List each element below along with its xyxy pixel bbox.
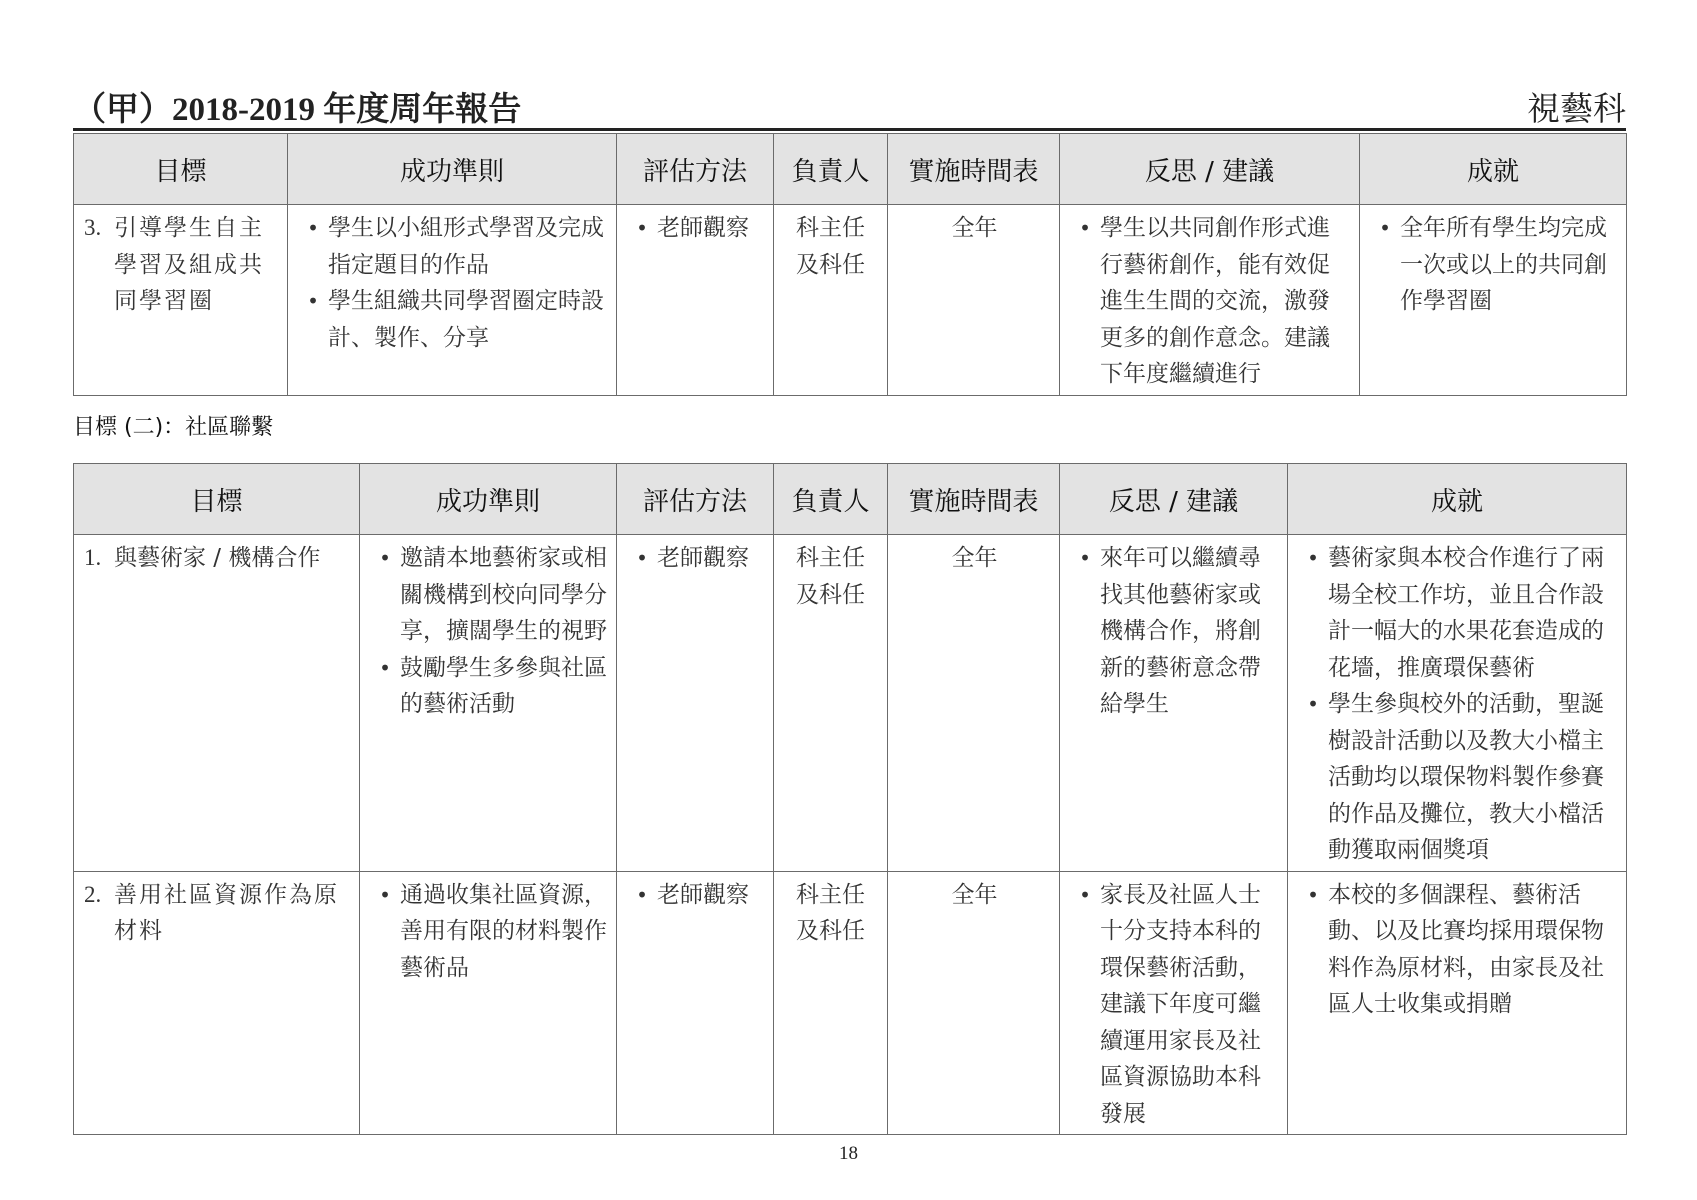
list-item: •老師觀察	[627, 210, 765, 247]
list-item: •全年所有學生均完成一次或以上的共同創作學習圈	[1370, 210, 1618, 320]
bullet-icon: •	[370, 877, 400, 987]
achievement-cell: •全年所有學生均完成一次或以上的共同創作學習圈	[1360, 205, 1627, 396]
table-header-row: 目標 成功準則 評估方法 負責人 實施時間表 反思 / 建議 成就	[74, 464, 1627, 535]
reflection-cell: •學生以共同創作形式進行藝術創作，能有效促進生生間的交流，激發更多的創作意念。建…	[1060, 205, 1360, 396]
bullet-icon: •	[627, 210, 657, 247]
list-item: •學生以共同創作形式進行藝術創作，能有效促進生生間的交流，激發更多的創作意念。建…	[1070, 210, 1351, 393]
goal-cell: 1. 與藝術家 / 機構合作	[74, 535, 360, 872]
bullet-icon: •	[1070, 877, 1100, 1133]
method-cell: •老師觀察	[617, 535, 774, 872]
person-cell: 科主任及科任	[774, 205, 888, 396]
bullet-icon: •	[370, 540, 400, 650]
person-cell: 科主任及科任	[774, 871, 888, 1135]
achievement-cell: •本校的多個課程、藝術活動、以及比賽均採用環保物料作為原材料，由家長及社區人士收…	[1288, 871, 1627, 1135]
list-item: •藝術家與本校合作進行了兩場全校工作坊，並且合作設計一幅大的水果花套造成的花墻，…	[1298, 540, 1618, 686]
bullet-icon: •	[298, 283, 328, 356]
col-header-method: 評估方法	[617, 134, 774, 205]
list-item: •本校的多個課程、藝術活動、以及比賽均採用環保物料作為原材料，由家長及社區人士收…	[1298, 877, 1618, 1023]
col-header-reflection: 反思 / 建議	[1060, 134, 1360, 205]
page-header: （甲）2018-2019 年度周年報告 視藝科	[73, 82, 1626, 131]
subject-label: 視藝科	[1527, 83, 1626, 130]
criteria-cell: •邀請本地藝術家或相關機構到校向同學分享，擴闊學生的視野 •鼓勵學生多參與社區的…	[360, 535, 617, 872]
list-item: •老師觀察	[627, 877, 765, 914]
bullet-icon: •	[627, 877, 657, 914]
list-item: •學生組織共同學習圈定時設計、製作、分享	[298, 283, 608, 356]
col-header-achievement: 成就	[1360, 134, 1627, 205]
col-header-schedule: 實施時間表	[888, 464, 1060, 535]
table-row: 1. 與藝術家 / 機構合作 •邀請本地藝術家或相關機構到校向同學分享，擴闊學生…	[74, 535, 1627, 872]
bullet-icon: •	[627, 540, 657, 577]
schedule-cell: 全年	[888, 871, 1060, 1135]
schedule-cell: 全年	[888, 535, 1060, 872]
goal-number: 1.	[84, 540, 114, 577]
col-header-person: 負責人	[774, 134, 888, 205]
section-title: 目標 (二)：社區聯繫	[73, 410, 273, 441]
bullet-icon: •	[370, 650, 400, 723]
table-row: 2. 善用社區資源作為原材料 •通過收集社區資源，善用有限的材料製作藝術品 •老…	[74, 871, 1627, 1135]
col-header-goal: 目標	[74, 134, 288, 205]
plan-table-2: 目標 成功準則 評估方法 負責人 實施時間表 反思 / 建議 成就 1. 與藝術…	[73, 463, 1627, 1135]
col-header-reflection: 反思 / 建議	[1060, 464, 1288, 535]
list-item: •學生參與校外的活動，聖誕樹設計活動以及教大小檔主活動均以環保物料製作參賽的作品…	[1298, 686, 1618, 869]
bullet-icon: •	[1298, 540, 1328, 686]
goal-text: 善用社區資源作為原材料	[114, 877, 351, 950]
goal-number: 3.	[84, 210, 114, 320]
method-cell: •老師觀察	[617, 871, 774, 1135]
schedule-cell: 全年	[888, 205, 1060, 396]
list-item: •老師觀察	[627, 540, 765, 577]
table-header-row: 目標 成功準則 評估方法 負責人 實施時間表 反思 / 建議 成就	[74, 134, 1627, 205]
bullet-icon: •	[298, 210, 328, 283]
page-number: 18	[0, 1143, 1697, 1165]
plan-table-1: 目標 成功準則 評估方法 負責人 實施時間表 反思 / 建議 成就 3. 引導學…	[73, 133, 1627, 396]
goal-cell: 2. 善用社區資源作為原材料	[74, 871, 360, 1135]
reflection-cell: •來年可以繼續尋找其他藝術家或機構合作，將創新的藝術意念帶給學生	[1060, 535, 1288, 872]
bullet-icon: •	[1070, 540, 1100, 723]
bullet-icon: •	[1298, 686, 1328, 869]
col-header-criteria: 成功準則	[288, 134, 617, 205]
col-header-schedule: 實施時間表	[888, 134, 1060, 205]
criteria-cell: •學生以小組形式學習及完成指定題目的作品 •學生組織共同學習圈定時設計、製作、分…	[288, 205, 617, 396]
col-header-person: 負責人	[774, 464, 888, 535]
report-title: （甲）2018-2019 年度周年報告	[73, 83, 521, 130]
goal-text: 引導學生自主學習及組成共同學習圈	[114, 210, 279, 320]
col-header-goal: 目標	[74, 464, 360, 535]
list-item: •邀請本地藝術家或相關機構到校向同學分享，擴闊學生的視野	[370, 540, 608, 650]
list-item: •鼓勵學生多參與社區的藝術活動	[370, 650, 608, 723]
list-item: •來年可以繼續尋找其他藝術家或機構合作，將創新的藝術意念帶給學生	[1070, 540, 1279, 723]
bullet-icon: •	[1070, 210, 1100, 393]
list-item: •家長及社區人士十分支持本科的環保藝術活動，建議下年度可繼續運用家長及社區資源協…	[1070, 877, 1279, 1133]
bullet-icon: •	[1298, 877, 1328, 1023]
method-cell: •老師觀察	[617, 205, 774, 396]
list-item: •通過收集社區資源，善用有限的材料製作藝術品	[370, 877, 608, 987]
reflection-cell: •家長及社區人士十分支持本科的環保藝術活動，建議下年度可繼續運用家長及社區資源協…	[1060, 871, 1288, 1135]
goal-number: 2.	[84, 877, 114, 950]
bullet-icon: •	[1370, 210, 1400, 320]
list-item: •學生以小組形式學習及完成指定題目的作品	[298, 210, 608, 283]
criteria-cell: •通過收集社區資源，善用有限的材料製作藝術品	[360, 871, 617, 1135]
goal-text: 與藝術家 / 機構合作	[114, 540, 351, 577]
person-cell: 科主任及科任	[774, 535, 888, 872]
achievement-cell: •藝術家與本校合作進行了兩場全校工作坊，並且合作設計一幅大的水果花套造成的花墻，…	[1288, 535, 1627, 872]
table-row: 3. 引導學生自主學習及組成共同學習圈 •學生以小組形式學習及完成指定題目的作品…	[74, 205, 1627, 396]
col-header-criteria: 成功準則	[360, 464, 617, 535]
col-header-achievement: 成就	[1288, 464, 1627, 535]
goal-cell: 3. 引導學生自主學習及組成共同學習圈	[74, 205, 288, 396]
col-header-method: 評估方法	[617, 464, 774, 535]
